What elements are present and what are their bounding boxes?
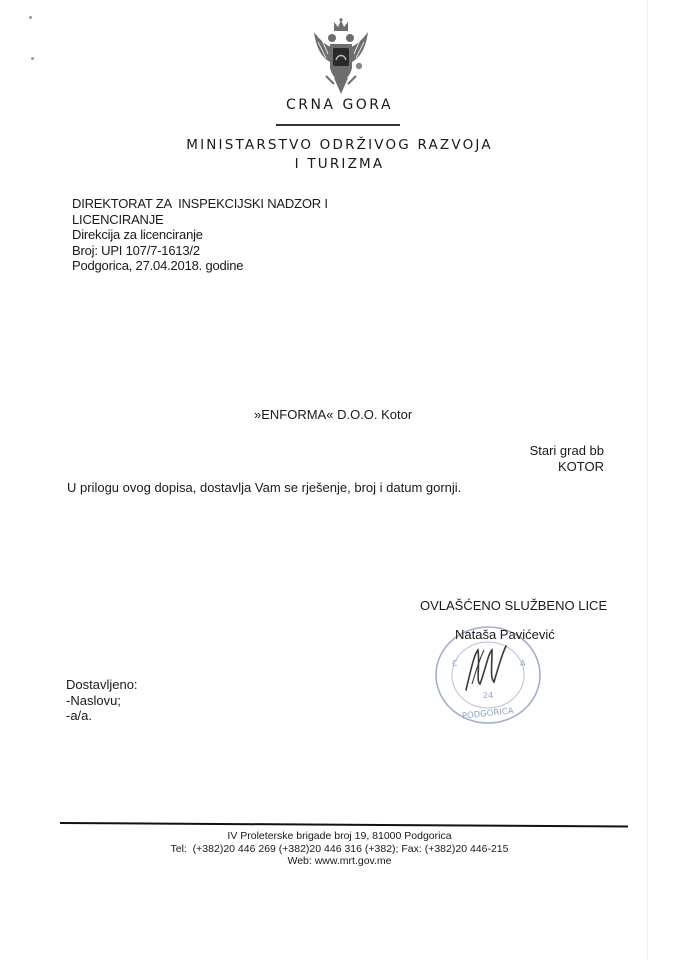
ministry-line-2: I TURIZMA xyxy=(0,155,679,174)
svg-text:24: 24 xyxy=(483,691,493,700)
delivery-item: -Naslovu; xyxy=(66,693,138,709)
scan-speck xyxy=(31,57,34,60)
recipient-street: Stari grad bb xyxy=(530,443,604,459)
header-divider xyxy=(276,124,400,126)
recipient-address: Stari grad bb KOTOR xyxy=(530,443,604,474)
ministry-name: MINISTARSTVO ODRŽIVOG RAZVOJA I TURIZMA xyxy=(0,136,679,174)
country-title: CRNA GORA xyxy=(0,97,679,113)
ministry-line-1: MINISTARSTVO ODRŽIVOG RAZVOJA xyxy=(0,136,679,155)
delivery-list: Dostavljeno: -Naslovu; -a/a. xyxy=(66,677,138,724)
sender-block: DIREKTORAT ZA INSPEKCIJSKI NADZOR I LICE… xyxy=(72,196,328,274)
signer-name: Nataša Pavićević xyxy=(455,627,555,642)
recipient-name: »ENFORMA« D.O.O. Kotor xyxy=(254,407,412,422)
division: Direkcija za licenciranje xyxy=(72,227,328,243)
footer: IV Proleterske brigade broj 19, 81000 Po… xyxy=(0,830,679,868)
reference-number: Broj: UPI 107/7-1613/2 xyxy=(72,243,328,259)
directorate-line-1: DIREKTORAT ZA INSPEKCIJSKI NADZOR I xyxy=(72,196,328,212)
svg-text:A: A xyxy=(520,659,526,668)
coat-of-arms-icon xyxy=(312,18,370,96)
signer-title: OVLAŠĆENO SLUŽBENO LICE xyxy=(420,598,607,613)
delivery-item: -a/a. xyxy=(66,708,138,724)
footer-divider xyxy=(60,822,628,827)
recipient-city: KOTOR xyxy=(530,459,604,475)
letter-body: U prilogu ovog dopisa, dostavlja Vam se … xyxy=(67,480,461,495)
footer-contact: Tel: (+382)20 446 269 (+382)20 446 316 (… xyxy=(0,843,679,856)
place-date: Podgorica, 27.04.2018. godine xyxy=(72,258,328,274)
footer-address: IV Proleterske brigade broj 19, 81000 Po… xyxy=(0,830,679,843)
svg-text:C: C xyxy=(452,659,458,668)
directorate-line-2: LICENCIRANJE xyxy=(72,212,328,228)
footer-web: Web: www.mrt.gov.me xyxy=(0,855,679,868)
scan-speck xyxy=(29,16,32,19)
delivery-heading: Dostavljeno: xyxy=(66,677,138,693)
